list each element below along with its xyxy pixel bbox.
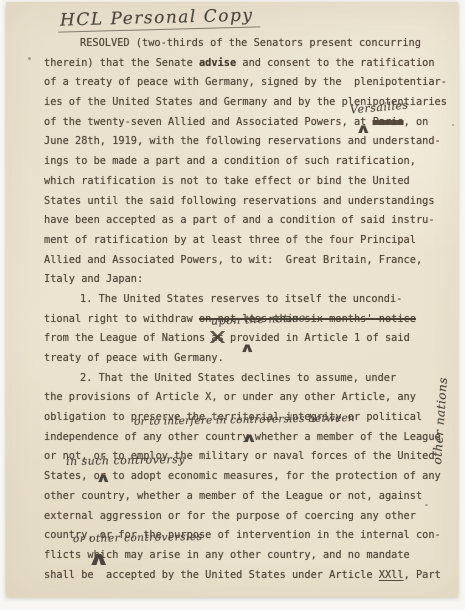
paper-speck (28, 57, 31, 60)
typed-text: States until the said following reservat… (44, 195, 435, 207)
typed-line: other country, whether a member of the L… (44, 487, 454, 507)
typed-line: Allied and Associated Powers, to wit: Gr… (44, 251, 454, 271)
typed-text: from the League of Nations (44, 332, 211, 344)
insertion-caret-conflicts: ∧ (87, 548, 110, 570)
typed-line: of a treaty of peace with Germany, signe… (44, 73, 454, 93)
typed-text-blot: Paris (373, 116, 404, 128)
insertion-caret-paris: ∧ (355, 122, 371, 137)
handwritten-in-such-controversy: in such controversy (66, 453, 185, 468)
typed-text: 2. That the United States declines to as… (80, 372, 396, 384)
typed-text: June 28th, 1919, with the following rese… (44, 135, 441, 147)
typed-line: 2. That the United States declines to as… (44, 369, 454, 389)
insertion-caret-as: ∧ (239, 341, 255, 356)
typed-text: therein) that the Senate (44, 57, 199, 69)
typed-line: June 28th, 1919, with the following rese… (44, 132, 454, 152)
insertion-caret-country: ∧ (241, 431, 257, 446)
typed-text: treaty of peace with Germany. (44, 352, 224, 364)
typed-text: Italy and Japan: (44, 273, 143, 285)
typed-text: and consent to the ratification (236, 57, 434, 69)
typed-text: ings to be made a part and a condition o… (44, 155, 416, 167)
document-paper: RESOLVED (two-thirds of the Senators pre… (6, 2, 458, 597)
typed-text: shall be accepted by the United States u… (44, 569, 379, 581)
typed-text-xout: as (211, 332, 223, 344)
typed-line: ment of ratification by at least three o… (44, 231, 454, 251)
typed-text: external aggression or for the purpose o… (44, 510, 416, 522)
paper-speck (425, 504, 428, 506)
typed-line: 1. The United States reserves to itself … (44, 290, 454, 310)
typed-line: States until the said following reservat… (44, 192, 454, 212)
typed-text: RESOLVED (two-thirds of the Senators pre… (80, 37, 421, 49)
typed-line: RESOLVED (two-thirds of the Senators pre… (44, 34, 454, 54)
typed-text: ment of ratification by at least three o… (44, 234, 416, 246)
handwritten-header: HCL Personal Copy (58, 5, 260, 32)
typed-text: of the twenty-seven Allied and Associate… (44, 116, 373, 128)
insertion-caret-states: ∧ (95, 471, 111, 486)
typed-text: tional right to withdraw (44, 313, 199, 325)
typed-text: of a treaty of peace with Germany, signe… (44, 76, 447, 88)
typed-text: , Part (404, 569, 441, 581)
typed-text: Allied and Associated Powers, to wit: Gr… (44, 254, 422, 266)
typed-text-block: RESOLVED (two-thirds of the Senators pre… (44, 34, 454, 585)
typed-text: , on (404, 116, 429, 128)
typed-text-bold: advise (199, 57, 236, 69)
typed-text: 1. The United States reserves to itself … (80, 293, 402, 305)
typed-line: ings to be made a part and a condition o… (44, 152, 454, 172)
typed-text: have been accepted as a part of and a co… (44, 214, 435, 226)
typed-line: the provisions of Article X, or under an… (44, 388, 454, 408)
paper-speck (452, 124, 454, 126)
typed-line: Italy and Japan: (44, 270, 454, 290)
typed-text-underline: XXll (379, 569, 404, 581)
typed-line: therein) that the Senate advise and cons… (44, 54, 454, 74)
typed-line: of the twenty-seven Allied and Associate… (44, 113, 454, 133)
typed-text: the provisions of Article X, or under an… (44, 391, 416, 403)
typed-text: which ratification is not to take effect… (44, 175, 410, 187)
typed-line: which ratification is not to take effect… (44, 172, 454, 192)
typed-line: external aggression or for the purpose o… (44, 507, 454, 527)
typed-line: have been accepted as a part of and a co… (44, 211, 454, 231)
handwritten-or-other-controversies: or other controversies (73, 531, 203, 545)
typed-text: other country, whether a member of the L… (44, 490, 422, 502)
